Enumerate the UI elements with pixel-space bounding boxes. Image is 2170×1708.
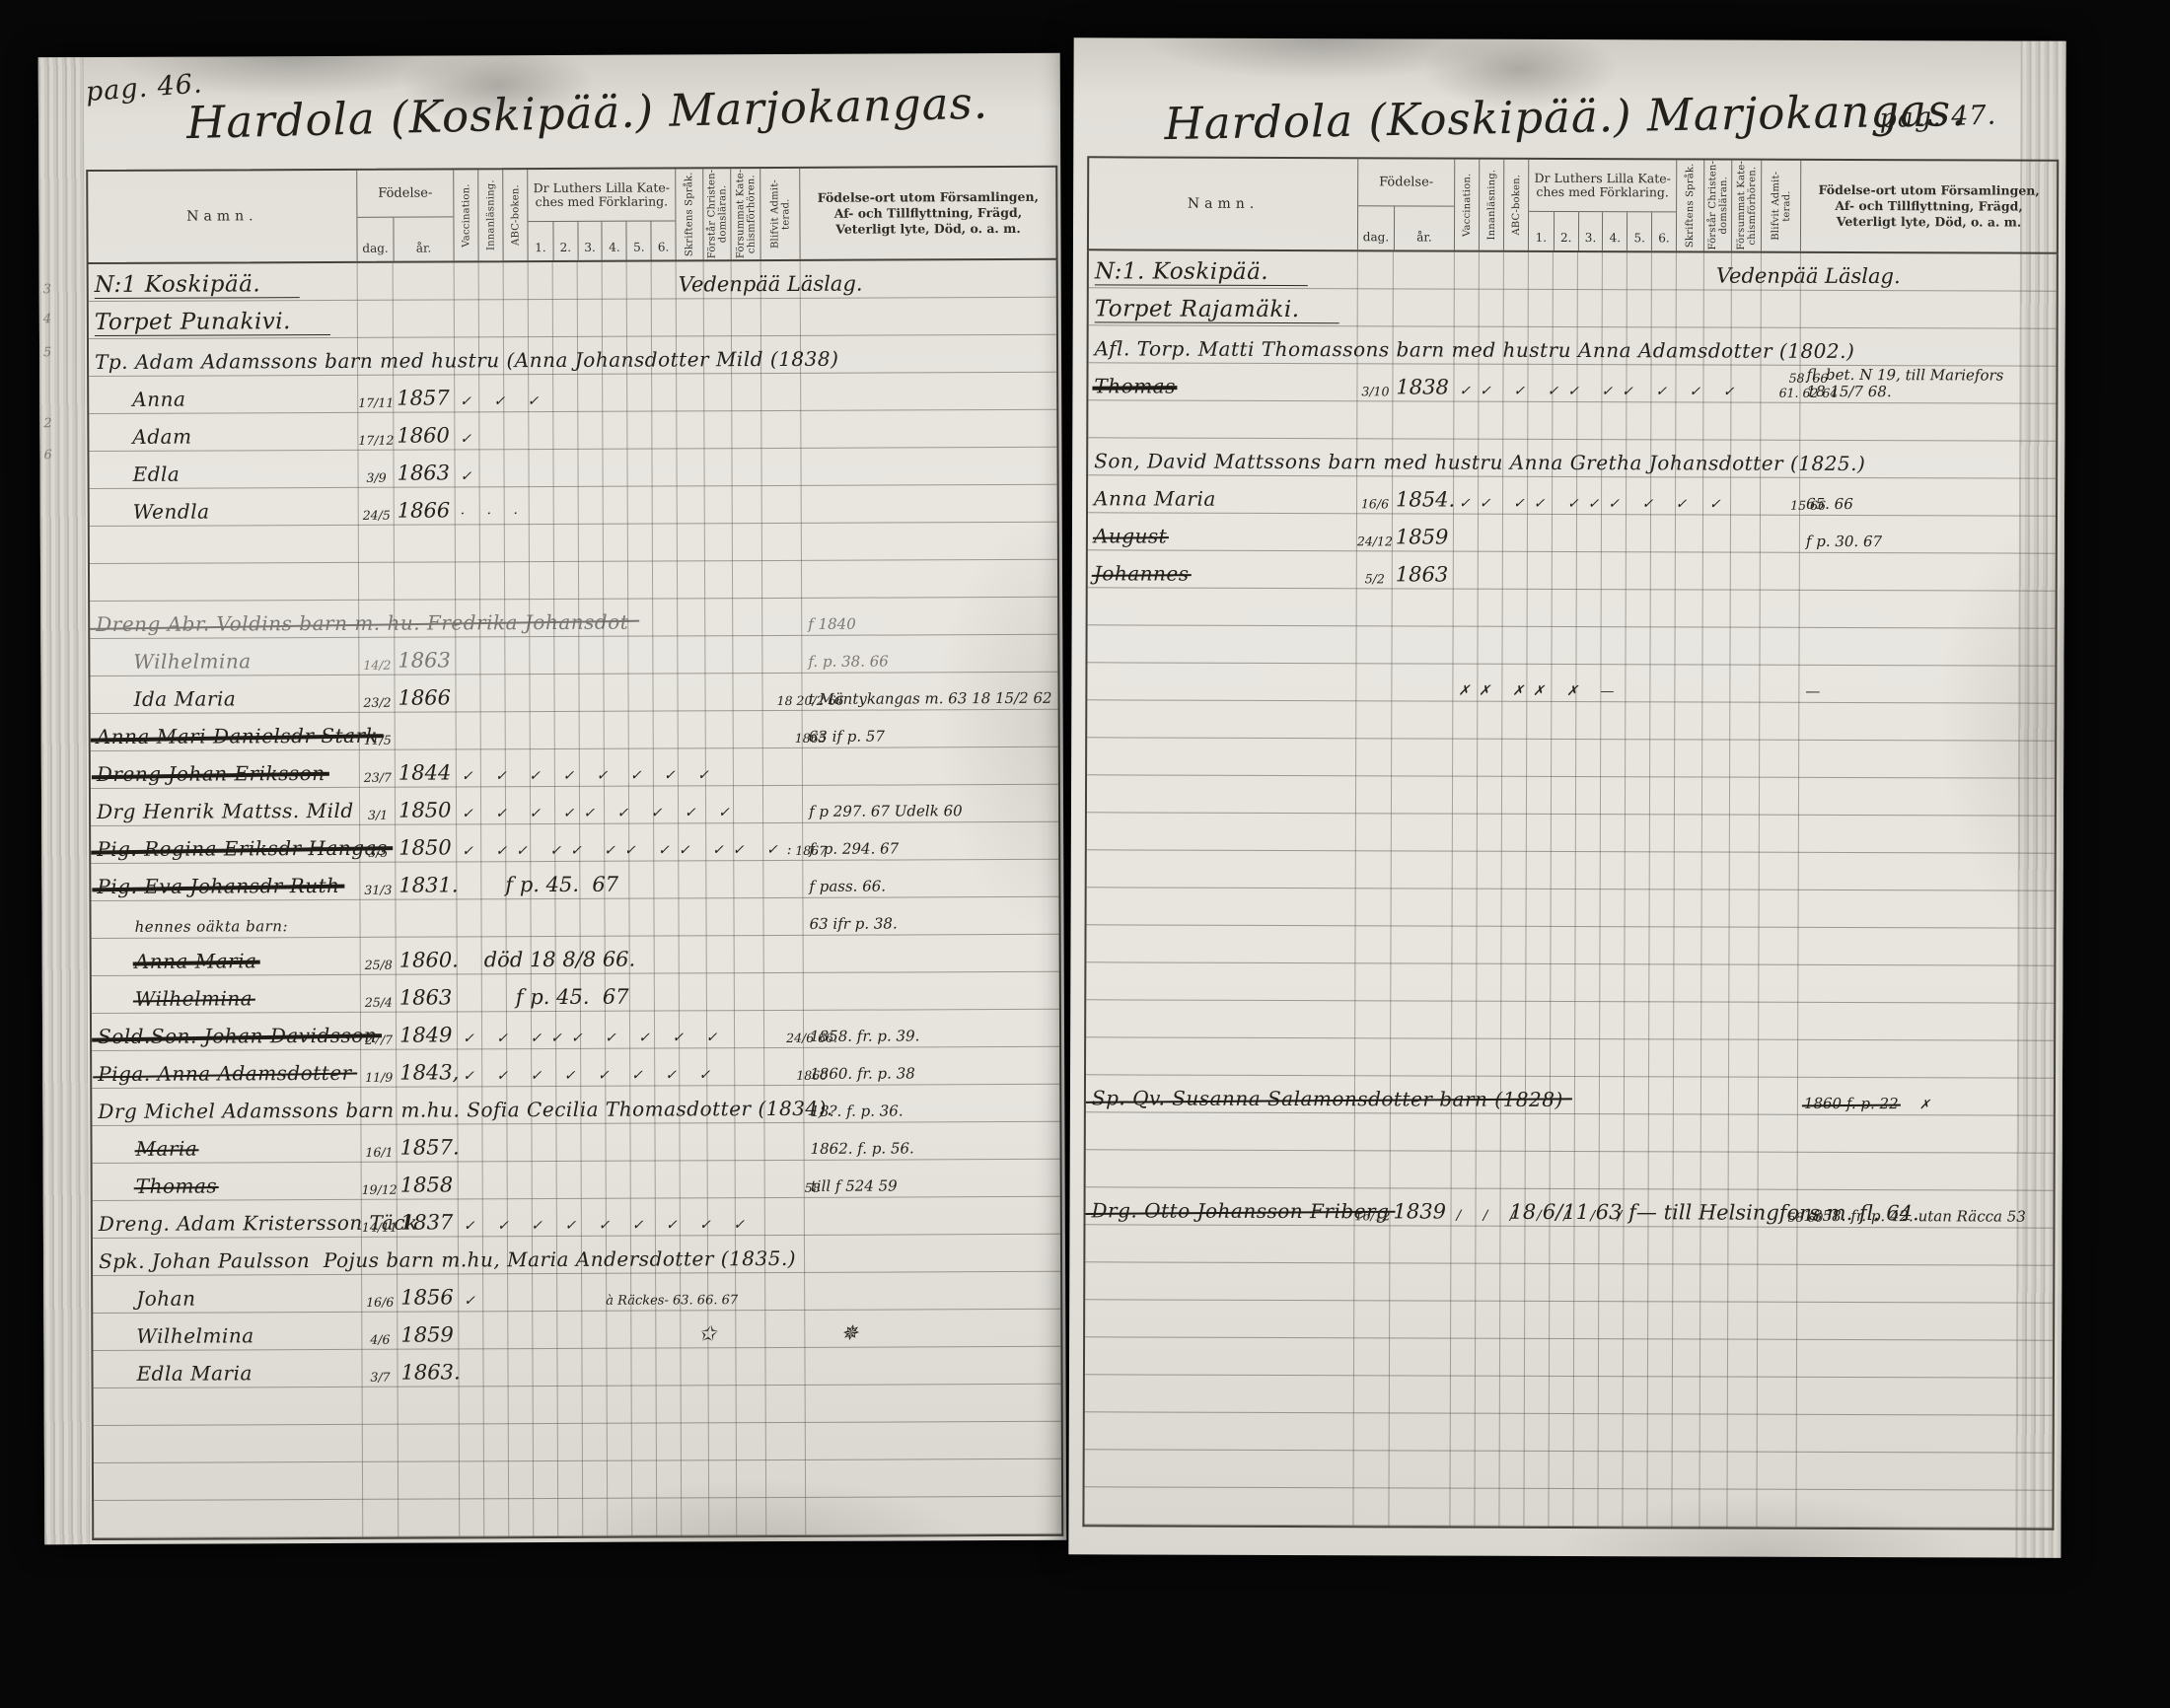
exam-marks: ✓ ✓ ✓✓✓ ✓ ✓ ✓ ✓ <box>463 1030 726 1046</box>
col-katekes-label: Dr Luthers Lilla Kate- ches med Förklari… <box>528 169 675 222</box>
name-text: Johannes <box>1094 561 1190 585</box>
table-row: hennes oäkta barn:63 ifr p. 38. <box>91 897 1058 939</box>
margin-note: 63 if p. 57 <box>809 729 885 746</box>
table-row <box>1086 1112 2054 1153</box>
birth-day: 24/12 <box>1356 534 1394 548</box>
birth-year: 1863 <box>398 648 451 672</box>
col-namn-label: Namn. <box>1188 196 1259 212</box>
birth-day: 19/12 <box>361 1182 398 1197</box>
inline-note: f p. 45. 67 <box>505 873 618 897</box>
table-row: N:1 Koskipää.Vedenpää Läslag. <box>89 260 1056 302</box>
col-namn-label: Namn. <box>186 208 257 224</box>
name-text: Tp. Adam Adamssons barn med hustru (Anna… <box>95 347 838 374</box>
katekes-col-5: 5. <box>1627 212 1651 250</box>
table-row <box>1084 1487 2052 1528</box>
document-scan: 34526 pag. 46. Hardola (Koskipää.) Marjo… <box>0 0 2170 1708</box>
birth-day: 3/9 <box>358 470 396 485</box>
table-row <box>90 523 1057 564</box>
birth-day: 3/7 <box>362 1370 399 1385</box>
col-innanlasning: Innanläsning. <box>1479 160 1503 250</box>
table-row: Tp. Adam Adamssons barn med hustru (Anna… <box>89 335 1056 377</box>
pencil-mark: 6 <box>43 448 51 463</box>
margin-note: f 1840 <box>808 616 856 633</box>
col-vaccination: Vaccination. <box>1454 160 1479 250</box>
pencil-mark: 4 <box>43 312 51 326</box>
table-row <box>90 560 1057 602</box>
table-row <box>1086 962 2054 1003</box>
table-row: Johannes5/21863 <box>1088 550 2056 591</box>
col-innanlasning-label: Innanläsning. <box>485 179 496 250</box>
col-vaccination-label: Vaccination. <box>461 183 471 247</box>
birth-year: 1866 <box>398 685 451 709</box>
birth-year: 1860 <box>397 423 450 447</box>
col-fodelse-label: Födelse- <box>357 170 453 216</box>
table-row: Thomas19/12185858till f 524 59 <box>93 1160 1060 1201</box>
col-fodelseort-notes: Födelse-ort utom Församlingen, Af- och T… <box>1800 161 2057 252</box>
name-text: Maria <box>135 1137 197 1161</box>
table-row: Dreng Johan Eriksson23/71844✓ ✓ ✓ ✓ ✓ ✓ … <box>91 747 1058 789</box>
col-abc-boken-label: ABC-boken. <box>510 184 521 246</box>
birth-year: 1856 <box>400 1285 454 1309</box>
col-skriftens-label: Skriftens Språk. <box>1685 164 1696 249</box>
name-text: Dreng Abr. Voldins barn m. hu. Fredrika … <box>96 610 628 636</box>
birth-year: 1863 <box>399 985 453 1009</box>
birth-year: 1859 <box>400 1322 454 1346</box>
table-row <box>1085 1300 2053 1340</box>
exam-marks: ✓ ✓✓ ✓✓ ✓✓ ✓✓ ✓✓ ✓: <box>462 842 800 859</box>
name-text: Ida Maria <box>134 686 237 710</box>
birth-day: 14/2 <box>358 658 396 673</box>
table-row: Drg. Otto Johansson Friberg16/121839/ / … <box>1085 1187 2053 1228</box>
birth-day: 5/2 <box>1356 571 1394 586</box>
exam-marks: ✓ ✓ ✓ <box>460 393 547 409</box>
table-row: Wendla24/51866· · · <box>90 485 1057 527</box>
table-row <box>1087 813 2055 853</box>
name-text: Wilhelmina <box>135 986 253 1011</box>
name-text: Johan <box>136 1287 195 1311</box>
table-row: Sp. Qv. Susanna Salamonsdotter barn (182… <box>1086 1075 2054 1115</box>
inline-note: f p. 45. 67 <box>516 985 629 1010</box>
birth-year: 1859 <box>1396 525 1449 548</box>
name-text: Pig. Regina Eriksdr Hangas <box>97 836 388 861</box>
birth-year: 1863 <box>1396 562 1449 586</box>
birth-year: 1850 <box>398 798 452 821</box>
birth-day: 25/8 <box>360 958 398 972</box>
birth-day: 3/1 <box>359 808 397 822</box>
exam-marks: · · · <box>461 506 527 522</box>
exam-marks: ✓ ✓ ✓ ✓ ✓ ✓ ✓ ✓ ✓ <box>464 1217 754 1234</box>
katekes-col-2: 2. <box>552 222 577 260</box>
table-row: Anna Mari Danielsdr Stark11/5186563 if p… <box>91 710 1058 751</box>
record-table-left: Namn. Födelse- dag. år. Vaccination. Inn… <box>86 166 1063 1540</box>
table-row: ✗✗ ✗✗ ✗ —— <box>1087 663 2055 703</box>
col-fodelse-sub: dag. år. <box>1358 205 1454 249</box>
name-text: August <box>1094 524 1167 547</box>
name-text: Anna Maria <box>135 949 257 973</box>
col-namn: Namn. <box>1089 158 1357 249</box>
margin-note: 1860. fr. p. 38 <box>810 1065 915 1082</box>
table-row: Afl. Torp. Matti Thomassons barn med hus… <box>1089 325 2057 366</box>
col-dag-label: dag. <box>357 218 393 261</box>
col-ar-label: år. <box>393 217 453 260</box>
name-text: Edla Maria <box>136 1361 252 1386</box>
birth-year: 1844 <box>398 760 452 784</box>
birth-year: 1838 <box>1396 375 1449 398</box>
exam-marks: ✓✓ ✓✓ ✓✓✓ ✓ ✓ ✓ <box>1459 496 1730 513</box>
table-row: Son, David Mattssons barn med hustru Ann… <box>1088 438 2056 478</box>
margin-note: 63 ifr p. 38. <box>810 915 898 932</box>
col-fodelse-sub: dag. år. <box>357 216 453 260</box>
birth-year: 1866 <box>398 498 451 522</box>
table-row <box>1087 700 2055 741</box>
katekes-col-1: 1. <box>528 222 552 260</box>
katekes-col-6: 6. <box>1651 212 1676 250</box>
margin-note: t Mäntykangas m. 63 18 15/2 62 <box>809 690 1052 708</box>
col-vaccination-label: Vaccination. <box>1461 173 1472 236</box>
table-row <box>1088 400 2056 441</box>
col-abc-boken: ABC-boken. <box>502 170 527 260</box>
birth-day: 14/11 <box>361 1220 398 1235</box>
margin-note: 18?. f. p. 36. <box>810 1103 903 1119</box>
name-text: Wendla <box>133 500 210 524</box>
table-body: N:1 Koskipää.Vedenpää Läslag.Torpet Puna… <box>87 260 1064 1540</box>
page-title-right: Hardola (Koskipää.) Marjokangas. <box>1164 84 1967 150</box>
birth-day: 11/9 <box>360 1070 398 1085</box>
col-innanlasning: Innanläsning. <box>477 170 502 260</box>
katekes-col-4: 4. <box>602 222 626 260</box>
exam-marks: ✓ ✓ ✓ ✓ ✓ ✓ ✓ ✓ <box>463 1067 719 1084</box>
katekes-col-5: 5. <box>626 222 651 260</box>
name-text: Drg. Otto Johansson Friberg <box>1091 1198 1389 1223</box>
birth-year: 1849 <box>399 1023 453 1046</box>
exam-marks: ✓ ✓ ✓ ✓ ✓ ✓ ✓ ✓ <box>462 767 718 784</box>
margin-note: f p. 30. 67 <box>1806 534 1882 550</box>
name-text: Son, David Mattssons barn med hustru Ann… <box>1094 449 1865 475</box>
birth-year: 1854. <box>1396 487 1455 511</box>
birth-day: 25/4 <box>360 995 398 1010</box>
table-header: Namn. Födelse- dag. år. Vaccination. Inn… <box>1087 156 2059 253</box>
table-row <box>1085 1375 2053 1415</box>
birth-day: 3/10 <box>1356 384 1394 398</box>
birth-day: 24/5 <box>358 508 396 523</box>
table-row <box>1085 1337 2053 1378</box>
table-row <box>1087 850 2055 890</box>
inline-note: Vedenpää Läslag. <box>1716 264 1901 289</box>
col-fodelse: Födelse- dag. år. <box>1357 159 1454 249</box>
margin-note: f. p. 294. 67 <box>809 840 899 857</box>
table-row: Anna17/111857✓ ✓ ✓ <box>89 373 1056 414</box>
col-skriftens-label: Skriftens Språk. <box>684 173 694 257</box>
table-row <box>1086 1150 2054 1190</box>
birth-day: 17/11 <box>357 395 395 410</box>
table-row: Thomas3/101838✓✓ ✓ ✓✓ ✓✓ ✓ ✓ ✓58. 66 61.… <box>1088 363 2056 403</box>
table-row <box>1086 925 2054 965</box>
name-text: Pig. Eva Johansdr Ruth <box>97 874 339 898</box>
table-row <box>94 1385 1061 1426</box>
col-skriftens-sprak: Skriftens Språk. <box>675 169 702 259</box>
margin-note: 1858. fr. p. 39. <box>810 1028 919 1044</box>
margin-note: till f 524 59 <box>811 1177 898 1194</box>
name-text: Sp. Qv. Susanna Salamonsdotter barn (182… <box>1092 1086 1563 1111</box>
col-namn: Namn. <box>88 171 356 262</box>
table-row <box>1086 1037 2054 1078</box>
margin-note: f pass. 66. <box>809 879 886 895</box>
table-row <box>94 1459 1061 1501</box>
margin-note: fl. bet. N 19, till Mariefors 18 15/7 68… <box>1806 367 2003 401</box>
table-row: Drg Henrik Mattss. Mild3/11850✓ ✓ ✓ ✓✓ ✓… <box>91 785 1058 826</box>
table-row: Spk. Johan Paulsson Pojus barn m.hu, Mar… <box>93 1235 1060 1276</box>
birth-day: 23/2 <box>359 695 397 710</box>
birth-year: 1858 <box>400 1173 454 1196</box>
name-text: Dreng Johan Eriksson <box>97 761 325 786</box>
table-row: Torpet Punakivi. <box>89 298 1056 339</box>
katekes-col-1: 1. <box>1529 212 1554 250</box>
inline-note: à Räckes- 63. 66. 67 <box>606 1293 738 1309</box>
birth-day: 11/5 <box>359 733 397 747</box>
col-innanlasning-label: Innanläsning. <box>1485 170 1496 241</box>
col-fodelseort-label: Födelse-ort utom Församlingen, Af- och T… <box>818 189 1039 238</box>
pencil-mark: 3 <box>43 282 51 297</box>
col-dag-label: dag. <box>1358 206 1394 249</box>
name-text: Sold.Son. Johan Davidsson <box>98 1024 377 1048</box>
birth-year: 1843, <box>399 1060 459 1084</box>
table-header: Namn. Födelse- dag. år. Vaccination. Inn… <box>86 166 1057 264</box>
col-forsummat-label: Försummat Kate-chismförhören. <box>1735 161 1757 251</box>
table-row: Ida Maria23/2186618 20/2 66t Mäntykangas… <box>90 673 1057 714</box>
col-fodelseort-label: Födelse-ort utom Församlingen, Af- och T… <box>1818 182 2039 231</box>
table-row: Anna Maria25/81860.död 18 8/8 66. <box>92 935 1059 976</box>
table-row <box>94 1422 1061 1463</box>
inline-note: 18 6/11 63 f— till Helsingfors m. fl. 64… <box>1509 1200 1918 1225</box>
table-row: Wilhelmina14/21863f. p. 38. 66 <box>90 635 1057 676</box>
name-text: Torpet Punakivi. <box>95 309 330 336</box>
col-forsummat-label: Försummat Kate-chismförhören. <box>735 169 757 259</box>
name-text: Wilhelmina <box>133 649 251 674</box>
birth-day: 16/6 <box>361 1295 398 1310</box>
birth-year: 1857 <box>397 386 450 409</box>
exam-marks: ✓ ✓ ✓ ✓✓ ✓ ✓ ✓ ✓ <box>462 805 739 821</box>
birth-year: 1850 <box>398 835 452 859</box>
table-row <box>1086 1000 2054 1040</box>
name-text: Spk. Johan Paulsson Pojus barn m.hu, Mar… <box>99 1246 796 1273</box>
table-row: Anna Maria16/61854.✓✓ ✓✓ ✓✓✓ ✓ ✓ ✓15 666… <box>1088 475 2056 516</box>
pencil-mark: 5 <box>43 345 51 360</box>
right-page: pag. 47. Hardola (Koskipää.) Marjokangas… <box>1068 37 2065 1558</box>
table-row: Drg Michel Adamssons barn m.hu. Sofia Ce… <box>92 1085 1059 1126</box>
table-row: August24/121859f p. 30. 67 <box>1088 513 2056 553</box>
name-text: Torpet Rajamäki. <box>1095 296 1339 323</box>
birth-day: 16/6 <box>1356 496 1394 511</box>
table-row: Pig. Regina Eriksdr Hangas3/51850✓ ✓✓ ✓✓… <box>91 822 1058 864</box>
birth-year: 1863. <box>400 1360 460 1384</box>
col-katekes-sub: 1. 2. 3. 4. 5. 6. <box>528 221 675 260</box>
name-text: Thomas <box>1094 374 1176 397</box>
col-fodelse: Födelse- dag. år. <box>356 170 453 260</box>
margin-note: 1860 f. p. 22 <box>1804 1096 1899 1112</box>
name-text: Anna Mari Danielsdr Stark <box>97 724 379 748</box>
col-fodelse-label: Födelse- <box>1358 159 1454 205</box>
birth-day: 4/6 <box>361 1332 398 1347</box>
inline-note: ✩ <box>698 1321 716 1345</box>
name-text: Adam <box>132 425 191 449</box>
table-row: Adam17/121860✓ <box>89 410 1056 452</box>
birth-day: 31/3 <box>359 883 397 897</box>
katekes-col-6: 6. <box>651 221 676 259</box>
name-text: Anna Maria <box>1094 486 1216 510</box>
col-katekes: Dr Luthers Lilla Kate- ches med Förklari… <box>527 169 675 260</box>
table-row: Edla3/91863✓ <box>89 448 1056 489</box>
table-row <box>1085 1225 2053 1265</box>
table-row <box>1085 1412 2053 1453</box>
name-text: N:1. Koskipää. <box>1095 258 1308 286</box>
table-row: Johan16/61856✓à Räckes- 63. 66. 67 <box>93 1272 1060 1314</box>
table-row <box>94 1497 1061 1538</box>
exam-marks: ✓✓ ✓ ✓✓ ✓✓ ✓ ✓ ✓ <box>1459 384 1743 400</box>
inline-note: Vedenpää Läslag. <box>679 272 863 297</box>
name-text: Afl. Torp. Matti Thomassons barn med hus… <box>1095 336 1855 363</box>
name-text: Wilhelmina <box>136 1323 253 1348</box>
table-row <box>1085 1450 2053 1490</box>
col-katekes: Dr Luthers Lilla Kate- ches med Förklari… <box>1528 160 1676 251</box>
name-text: Anna <box>132 388 185 411</box>
col-forstar-christendomslaran: Förstår Christen-domsläran. <box>1703 160 1731 250</box>
table-row: Wilhelmina4/61859✩✵ <box>93 1310 1060 1351</box>
birth-year: 1863 <box>398 461 451 484</box>
table-row <box>1087 888 2055 928</box>
name-text: N:1 Koskipää. <box>95 271 301 299</box>
exam-marks: ✓ <box>460 431 480 447</box>
name-text: Drg Henrik Mattss. Mild <box>97 799 354 823</box>
margin-marks: 34526 <box>42 57 89 1544</box>
birth-day: 16/12 <box>1353 1208 1391 1223</box>
margin-note: f. p. 38. 66 <box>808 654 888 671</box>
col-forstar-label: Förstår Christen-domsläran. <box>1706 160 1728 250</box>
table-row <box>1087 738 2055 778</box>
col-forstar-label: Förstår Christen-domsläran. <box>706 169 728 259</box>
inline-note: ✗ <box>1919 1098 1930 1112</box>
page-title-left: Hardola (Koskipää.) Marjokangas. <box>185 77 988 150</box>
birth-year: 1839 <box>1393 1199 1446 1223</box>
pencil-mark: 2 <box>43 416 51 431</box>
exam-marks: ✓ <box>461 468 481 484</box>
exam-marks: ✗✗ ✗✗ ✗ — <box>1458 683 1623 700</box>
margin-note: 1862. f. p. 56. <box>811 1140 914 1157</box>
birth-year: 1837 <box>400 1210 454 1234</box>
katekes-col-2: 2. <box>1554 212 1578 250</box>
birth-day: 23/7 <box>359 770 397 785</box>
table-body: N:1. Koskipää.Vedenpää Läslag.Torpet Raj… <box>1082 250 2059 1530</box>
col-forsummat-katechismforhoren: Försummat Kate-chismförhören. <box>730 169 759 259</box>
table-row: Sold.Son. Johan Davidsson27/71849✓ ✓ ✓✓✓… <box>92 1010 1059 1051</box>
margin-note: — <box>1805 683 1820 700</box>
birth-day: 16/1 <box>361 1145 398 1160</box>
col-forsummat-katechismforhoren: Försummat Kate-chismförhören. <box>1731 161 1761 251</box>
katekes-col-4: 4. <box>1602 212 1627 250</box>
margin-note: f p 297. 67 Udelk 60 <box>809 803 963 820</box>
table-row <box>1087 775 2055 816</box>
birth-year: 1831. <box>398 873 458 896</box>
col-fodelseort-notes: Födelse-ort utom Församlingen, Af- och T… <box>799 168 1055 259</box>
record-table-right: Namn. Födelse- dag. år. Vaccination. Inn… <box>1082 156 2059 1530</box>
name-text: Thomas <box>136 1174 218 1197</box>
table-row <box>1088 588 2056 628</box>
table-row <box>1085 1262 2053 1303</box>
birth-day: 27/7 <box>360 1032 398 1047</box>
table-row: Dreng Abr. Voldins barn m. hu. Fredrika … <box>90 598 1057 639</box>
table-row: Dreng. Adam Kristersson Täck14/111837✓ ✓… <box>93 1197 1060 1239</box>
table-row: Edla Maria3/71863. <box>93 1347 1060 1388</box>
table-row: Torpet Rajamäki. <box>1089 288 2057 328</box>
col-blifvit-admitterad: Blifvit Admit-terad. <box>759 169 799 259</box>
katekes-col-3: 3. <box>1578 212 1603 250</box>
birth-year: 1857. <box>399 1135 459 1159</box>
table-row: Pig. Eva Johansdr Ruth31/31831.f pass. 6… <box>91 860 1058 901</box>
margin-note: 65. 66 <box>1806 496 1853 513</box>
inline-note: ✵ <box>840 1321 858 1345</box>
col-forstar-christendomslaran: Förstår Christen-domsläran. <box>702 169 730 259</box>
table-row: N:1. Koskipää.Vedenpää Läslag. <box>1089 250 2057 291</box>
col-skriftens-sprak: Skriftens Språk. <box>1676 160 1703 250</box>
katekes-col-3: 3. <box>577 222 602 260</box>
table-row: Piga. Anna Adamsdotter11/91843,✓ ✓ ✓ ✓ ✓… <box>92 1047 1059 1089</box>
col-blifvit-label: Blifvit Admit-terad. <box>769 169 791 259</box>
col-ar-label: år. <box>1394 206 1454 249</box>
col-abc-boken-label: ABC-boken. <box>1510 175 1521 236</box>
name-text: Edla <box>133 463 181 486</box>
left-page: 34526 pag. 46. Hardola (Koskipää.) Marjo… <box>38 53 1067 1545</box>
birth-day: 3/5 <box>359 845 397 860</box>
table-row <box>1087 625 2055 666</box>
table-row: Wilhelmina25/41863f p. 45. 67 <box>92 972 1059 1014</box>
col-katekes-label: Dr Luthers Lilla Kate- ches med Förklari… <box>1529 160 1676 213</box>
name-text: Drg Michel Adamssons barn m.hu. Sofia Ce… <box>98 1097 833 1123</box>
inline-note: död 18 8/8 66. <box>484 948 636 972</box>
table-row: Maria16/11857.1862. f. p. 56. <box>92 1122 1059 1164</box>
name-text: hennes oäkta barn: <box>135 917 289 936</box>
col-blifvit-admitterad: Blifvit Admit-terad. <box>1761 161 1800 251</box>
col-katekes-sub: 1. 2. 3. 4. 5. 6. <box>1529 212 1676 251</box>
name-text: Piga. Anna Adamsdotter <box>98 1061 352 1086</box>
exam-marks: ✓ <box>464 1293 484 1309</box>
col-abc-boken: ABC-boken. <box>1503 160 1528 250</box>
birth-year: 1860. <box>399 948 459 971</box>
col-blifvit-label: Blifvit Admit-terad. <box>1770 161 1791 251</box>
birth-day: 17/12 <box>357 433 395 448</box>
col-vaccination: Vaccination. <box>453 170 477 260</box>
